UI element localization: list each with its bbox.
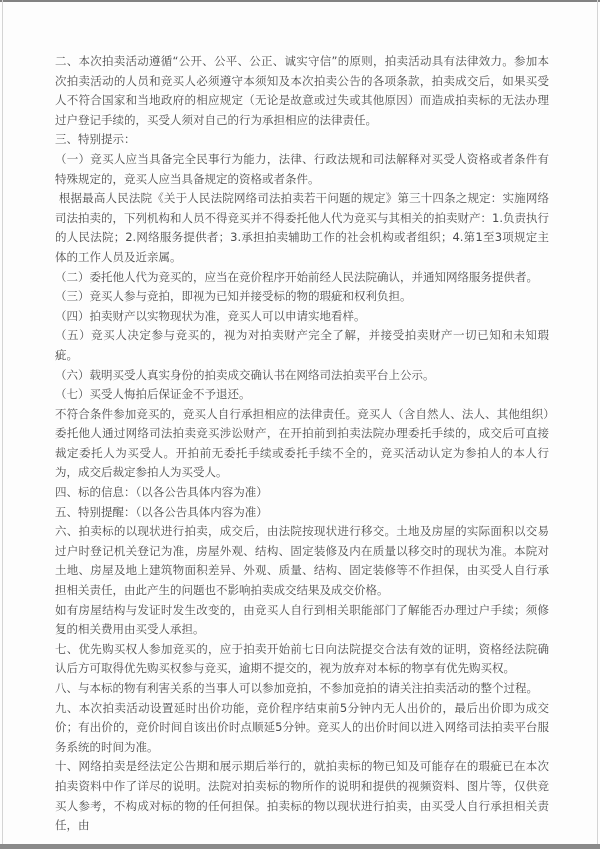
page-left-edge bbox=[2, 0, 3, 849]
paragraph: 七、优先购买权人参加竞买的，应于拍卖开始前七日向法院提交合法有效的证明，资格经法… bbox=[55, 640, 549, 679]
paragraph: 十、网络拍卖是经法定公告期和展示期后举行的，就拍卖标的物已知及可能存在的瑕疵已在… bbox=[55, 757, 549, 835]
document-page: 二、本次拍卖活动遵循“公开、公平、公正、诚实守信”的原则，拍卖活动具有法律效力。… bbox=[0, 0, 600, 849]
paragraph: 四、标的信息：（以各公告具体内容为准） bbox=[55, 483, 549, 503]
paragraph: 不符合条件参加竞买的，竞买人自行承担相应的法律责任。竞买人（含自然人、法人、其他… bbox=[55, 405, 549, 483]
paragraph: 根据最高人民法院《关于人民法院网络司法拍卖若干问题的规定》第三十四条之规定：实施… bbox=[55, 189, 549, 267]
page-right-edge bbox=[597, 0, 598, 849]
paragraph: 二、本次拍卖活动遵循“公开、公平、公正、诚实守信”的原则，拍卖活动具有法律效力。… bbox=[55, 52, 549, 130]
paragraph: 六、拍卖标的以现状进行拍卖，成交后，由法院按现状进行移交。土地及房屋的实际面积以… bbox=[55, 522, 549, 600]
page-top-edge bbox=[0, 0, 600, 2]
paragraph: （六）载明买受人真实身份的拍卖成交确认书在网络司法拍卖平台上公示。 bbox=[55, 366, 549, 386]
paragraph: 如有房屋结构与发证时发生改变的，由竞买人自行到相关职能部门了解能否办理过户手续；… bbox=[55, 601, 549, 640]
page-bottom-edge bbox=[0, 844, 600, 849]
paragraph: （五）竞买人决定参与竞买的，视为对拍卖财产完全了解，并接受拍卖财产一切已知和未知… bbox=[55, 326, 549, 365]
paragraph: （三）竞买人参与竞拍，即视为已知并接受标的物的瑕疵和权利负担。 bbox=[55, 287, 549, 307]
paragraph: （二）委托他人代为竞买的，应当在竞价程序开始前经人民法院确认，并通知网络服务提供… bbox=[55, 268, 549, 288]
paragraph: 八、与本标的物有利害关系的当事人可以参加竞拍，不参加竞拍的请关注拍卖活动的整个过… bbox=[55, 679, 549, 699]
paragraph: （七）买受人悔拍后保证金不予退还。 bbox=[55, 385, 549, 405]
paragraph: 五、特别提醒：（以各公告具体内容为准） bbox=[55, 503, 549, 523]
paragraph: 三、特别提示： bbox=[55, 130, 549, 150]
paragraph: 九、本次拍卖活动设置延时出价功能，竞价程序结束前5分钟内无人出价的，最后出价即为… bbox=[55, 699, 549, 758]
paragraph: （四）拍卖财产以实物现状为准，竞买人可以申请实地看样。 bbox=[55, 307, 549, 327]
document-body: 二、本次拍卖活动遵循“公开、公平、公正、诚实守信”的原则，拍卖活动具有法律效力。… bbox=[55, 52, 549, 836]
paragraph: （一）竞买人应当具备完全民事行为能力，法律、行政法规和司法解释对买受人资格或者条… bbox=[55, 150, 549, 189]
